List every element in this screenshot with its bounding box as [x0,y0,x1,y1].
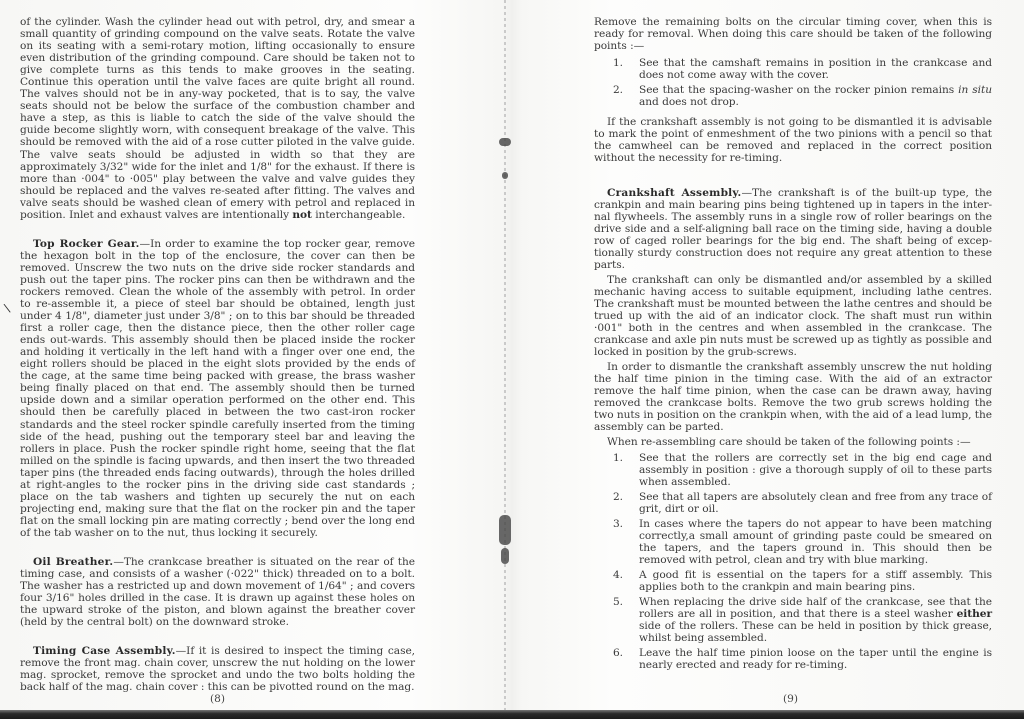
binding-staple [499,515,511,545]
emphasis-in-situ: in situ [958,84,992,96]
crankshaft-dismantle-paragraph: In order to dismantle the crankshaft ass… [594,361,992,433]
book-bottom-edge [0,710,1024,719]
list-item: 1. See that the camshaft remains in posi… [594,57,992,81]
section-heading: Crankshaft Assembly. [607,187,741,199]
section-heading: Oil Breather. [33,556,113,568]
section-heading: Top Rocker Gear. [33,238,140,250]
binding-staple [501,548,509,564]
right-page: Remove the remaining bolts on the circul… [594,16,992,674]
timing-cover-paragraph: Remove the remaining bolts on the circul… [594,16,992,52]
binding-staple-mark [499,138,511,146]
left-page: of the cylinder. Wash the cylinder head … [20,16,415,693]
list-item: 3. In cases where the tapers do not appe… [594,518,992,566]
section-top-rocker-gear: Top Rocker Gear.—In order to examine the… [20,238,415,539]
crankshaft-marking-note: If the crankshaft assembly is not going … [594,116,992,164]
binding-staple-mark [502,172,508,179]
section-crankshaft-assembly: Crankshaft Assembly.—The crankshaft is o… [594,187,992,271]
list-item: 5. When replacing the drive side half of… [594,596,992,644]
list-item: 4. A good fit is essential on the tapers… [594,569,992,593]
section-timing-case-assembly: Timing Case Assembly.—If it is desired t… [20,645,415,693]
book-gutter [504,0,506,710]
list-item: 2. See that all tapers are absolutely cl… [594,491,992,515]
valve-grinding-paragraph: of the cylinder. Wash the cylinder head … [20,16,415,221]
list-item: 2. See that the spacing-washer on the ro… [594,84,992,108]
crankshaft-skill-paragraph: The crankshaft can only be dismantled an… [594,274,992,358]
reassembly-intro: When re-assembling care should be taken … [594,436,992,448]
page-number-right: (9) [783,693,798,705]
list-item: 1. See that the rollers are correctly se… [594,452,992,488]
section-oil-breather: Oil Breather.—The crankcase breather is … [20,556,415,628]
emphasis-either: either [957,608,992,620]
reassembly-points-list: 1. See that the rollers are correctly se… [594,452,992,672]
page-number-left: (8) [210,693,225,705]
emphasis-not: not [292,209,312,221]
list-item: 6. Leave the half time pinion loose on t… [594,647,992,671]
section-heading: Timing Case Assembly. [33,645,176,657]
timing-points-list: 1. See that the camshaft remains in posi… [594,57,992,108]
